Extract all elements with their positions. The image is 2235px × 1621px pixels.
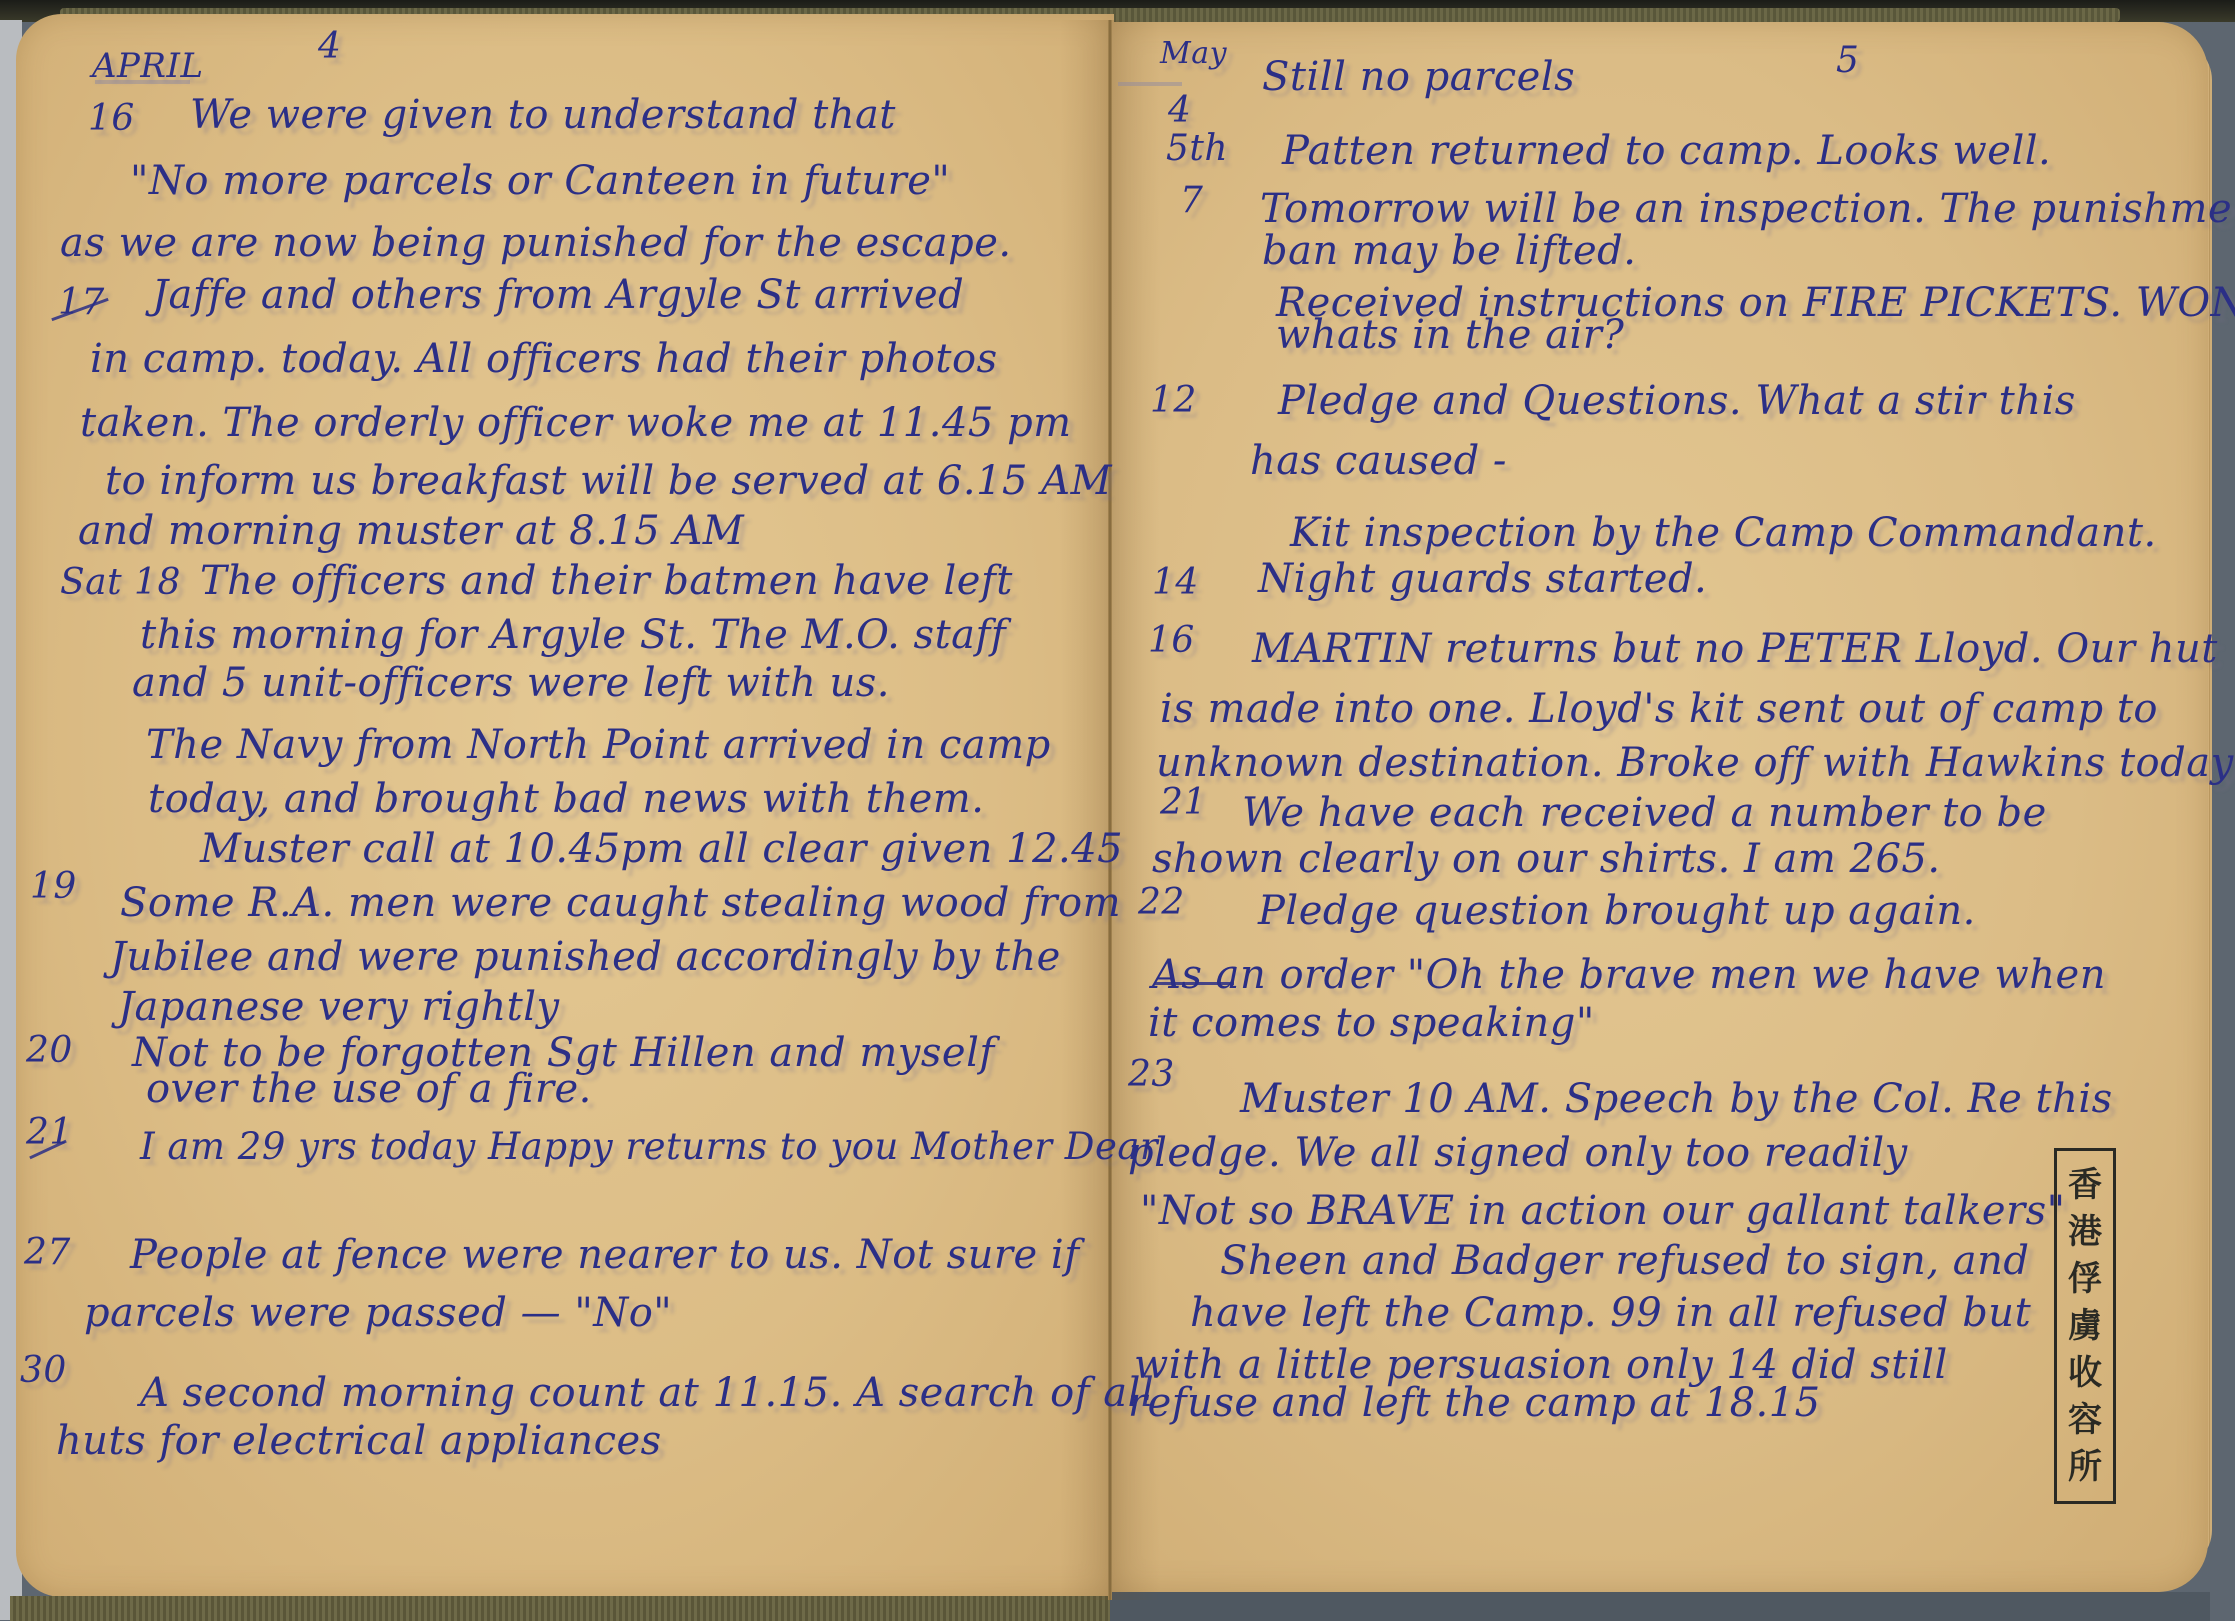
entry-line: taken. The orderly officer woke me at 11…: [80, 400, 1072, 446]
entry-line: ban may be lifted.: [1262, 228, 1636, 274]
entry-line: Japanese very rightly: [118, 984, 560, 1030]
entry-line: huts for electrical appliances: [56, 1418, 662, 1464]
entry-line: it comes to speaking": [1148, 1000, 1595, 1046]
stamp-char: 俘: [2068, 1262, 2102, 1296]
entry-line: Still no parcels: [1262, 54, 1575, 100]
entry-line: and morning muster at 8.15 AM: [78, 508, 744, 554]
entry-line: unknown destination. Broke off with Hawk…: [1156, 740, 2234, 786]
entry-line: today, and brought bad news with them.: [148, 776, 984, 822]
entry-date: 23: [1128, 1054, 1175, 1095]
entry-line: We have each received a number to be: [1242, 790, 2047, 836]
entry-date: 20: [26, 1030, 73, 1071]
entry-date: 27: [24, 1232, 71, 1273]
entry-date: 21: [1160, 782, 1207, 823]
entry-line: in camp. today. All officers had their p…: [90, 336, 998, 382]
entry-line: As an order "Oh the brave men we have wh…: [1152, 952, 2106, 998]
entry-line: shown clearly on our shirts. I am 265.: [1152, 836, 1941, 882]
page-number-right: 5: [1836, 40, 1859, 81]
entry-line: Night guards started.: [1258, 556, 1707, 602]
entry-date: 22: [1138, 882, 1185, 923]
page-number-left: 4: [318, 26, 341, 67]
month-heading-right: May: [1160, 36, 1227, 71]
heading-underline: [1118, 82, 1182, 86]
entry-date: 16: [88, 98, 135, 139]
entry-line: refuse and left the camp at 18.15: [1128, 1380, 1821, 1426]
entry-date: 19: [30, 866, 77, 907]
entry-line: People at fence were nearer to us. Not s…: [130, 1232, 1080, 1278]
entry-line: Patten returned to camp. Looks well.: [1282, 128, 2051, 174]
entry-line: Muster call at 10.45pm all clear given 1…: [200, 826, 1123, 872]
entry-line: pledge. We all signed only too readily: [1128, 1130, 1908, 1176]
pow-camp-stamp: 香 港 俘 虜 收 容 所: [2054, 1148, 2116, 1504]
entry-date: 7: [1180, 180, 1203, 221]
stamp-char: 港: [2068, 1215, 2102, 1249]
entry-line: parcels were passed — "No": [84, 1290, 672, 1336]
entry-line: Tomorrow will be an inspection. The puni…: [1260, 186, 2235, 232]
entry-line: and 5 unit-officers were left with us.: [132, 660, 890, 706]
phrase-underline: [1154, 982, 1234, 985]
entry-line: "Not so BRAVE in action our gallant talk…: [1140, 1188, 2066, 1234]
entry-line: to inform us breakfast will be served at…: [105, 458, 1112, 504]
entry-line: Pledge question brought up again.: [1258, 888, 1976, 934]
entry-line: We were given to understand that: [190, 92, 896, 138]
gutter-fold: [1108, 20, 1112, 1600]
entry-line: The Navy from North Point arrived in cam…: [146, 722, 1051, 768]
stamp-char: 所: [2068, 1450, 2102, 1484]
entry-line: A second morning count at 11.15. A searc…: [140, 1370, 1154, 1416]
entry-line: Pledge and Questions. What a stir this: [1278, 378, 2076, 424]
entry-line: Muster 10 AM. Speech by the Col. Re this: [1240, 1076, 2113, 1122]
entry-date: 12: [1150, 380, 1197, 421]
cloth-binding-bottom: [10, 1596, 1130, 1621]
entry-line: Kit inspection by the Camp Commandant.: [1290, 510, 2157, 556]
entry-date: 4: [1168, 90, 1191, 131]
heading-underline: [95, 80, 190, 84]
entry-date: 5th: [1166, 128, 1228, 169]
entry-date: Sat 18: [60, 562, 181, 603]
stamp-char: 容: [2068, 1403, 2102, 1437]
stamp-char: 香: [2068, 1168, 2102, 1202]
entry-line: is made into one. Lloyd's kit sent out o…: [1160, 686, 2158, 732]
entry-line: this morning for Argyle St. The M.O. sta…: [140, 612, 1006, 658]
background-bottom: [1110, 1592, 2210, 1621]
entry-date: 30: [20, 1350, 67, 1391]
entry-line: Some R.A. men were caught stealing wood …: [120, 880, 1121, 926]
entry-line: Jubilee and were punished accordingly by…: [110, 934, 1061, 980]
entry-line: whats in the air?: [1276, 312, 1624, 358]
stamp-char: 虜: [2068, 1309, 2102, 1343]
entry-line: "No more parcels or Canteen in future": [130, 158, 950, 204]
entry-line: over the use of a fire.: [146, 1066, 592, 1112]
entry-date: 16: [1148, 620, 1195, 661]
entry-date: 14: [1152, 562, 1199, 603]
entry-line: MARTIN returns but no PETER Lloyd. Our h…: [1252, 626, 2218, 672]
entry-line: as we are now being punished for the esc…: [60, 220, 1012, 266]
entry-line: Sheen and Badger refused to sign, and: [1220, 1238, 2029, 1284]
entry-line: Jaffe and others from Argyle St arrived: [152, 272, 964, 318]
stamp-char: 收: [2068, 1356, 2102, 1390]
entry-line: I am 29 yrs today Happy returns to you M…: [140, 1124, 1158, 1170]
entry-line: The officers and their batmen have left: [200, 558, 1013, 604]
entry-line: has caused -: [1250, 438, 1507, 484]
entry-line: have left the Camp. 99 in all refused bu…: [1190, 1290, 2031, 1336]
